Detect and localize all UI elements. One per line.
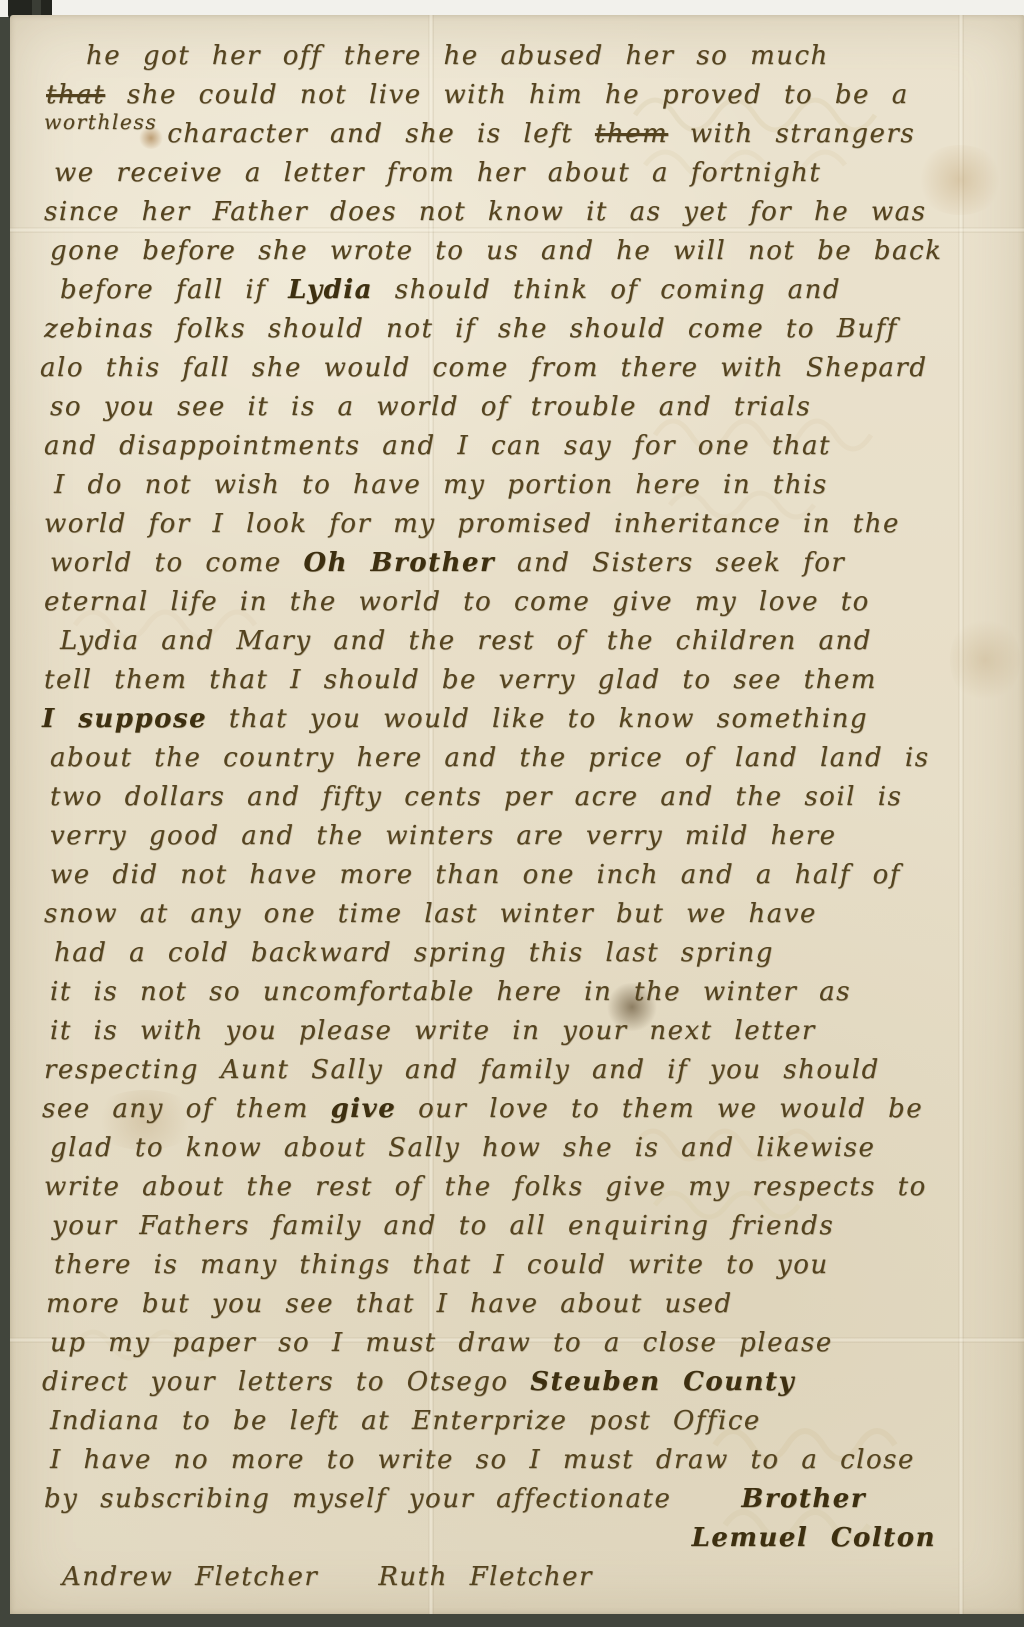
inserted-word: worthless bbox=[44, 103, 157, 142]
letter-phrase: gone before she wrote to us and he will … bbox=[50, 236, 942, 266]
letter-phrase: by subscribing myself your affectionate bbox=[44, 1484, 671, 1514]
letter-phrase: before fall if bbox=[60, 275, 288, 305]
letter-line: I do not wish to have my portion here in… bbox=[54, 466, 1006, 505]
letter-page: he got her off there he abused her so mu… bbox=[10, 15, 1024, 1614]
letter-phrase: Lydia and Mary and the rest of the child… bbox=[60, 626, 872, 656]
letter-line: he got her off there he abused her so mu… bbox=[86, 37, 1006, 76]
letter-line: that she could not live with him he prov… bbox=[46, 76, 1006, 115]
letter-phrase: verry good and the winters are verry mil… bbox=[50, 821, 837, 851]
letter-line: world for I look for my promised inherit… bbox=[44, 505, 1006, 544]
letter-phrase: see any of them bbox=[42, 1094, 331, 1124]
letter-phrase: Brother bbox=[741, 1484, 866, 1514]
letter-line: there is many things that I could write … bbox=[54, 1246, 1006, 1285]
letter-phrase: your Fathers family and to all enquiring… bbox=[52, 1211, 834, 1241]
letter-phrase: I suppose bbox=[42, 704, 207, 734]
letter-phrase: Lydia bbox=[288, 275, 373, 305]
letter-phrase: snow at any one time last winter but we … bbox=[44, 899, 817, 929]
letter-phrase: give bbox=[331, 1094, 397, 1124]
letter-line: zebinas folks should not if she should c… bbox=[44, 310, 1006, 349]
letter-line: eternal life in the world to come give m… bbox=[44, 583, 1006, 622]
letter-line: direct your letters to Otsego Steuben Co… bbox=[42, 1363, 1006, 1402]
letter-line: respecting Aunt Sally and family and if … bbox=[44, 1051, 1006, 1090]
letter-phrase: and Sisters seek for bbox=[495, 548, 845, 578]
letter-phrase: Lemuel Colton bbox=[692, 1523, 936, 1553]
letter-phrase: that you would like to know something bbox=[207, 704, 868, 734]
letter-line: it is with you please write in your next… bbox=[50, 1012, 1006, 1051]
signature-line: Lemuel Colton bbox=[68, 1519, 1006, 1558]
letter-line: I have no more to write so I must draw t… bbox=[50, 1441, 1006, 1480]
letter-phrase: with strangers bbox=[668, 119, 915, 149]
letter-phrase: it is not so uncomfortable here in the w… bbox=[50, 977, 851, 1007]
letter-line: since her Father does not know it as yet… bbox=[44, 193, 1006, 232]
letter-line: we receive a letter from her about a for… bbox=[54, 154, 1006, 193]
letter-phrase: I have no more to write so I must draw t… bbox=[50, 1445, 915, 1475]
letter-phrase: direct your letters to Otsego bbox=[42, 1367, 530, 1397]
letter-phrase: so you see it is a world of trouble and … bbox=[50, 392, 811, 422]
letter-phrase: world for I look for my promised inherit… bbox=[44, 509, 900, 539]
letter-line: so you see it is a world of trouble and … bbox=[50, 388, 1006, 427]
letter-line: it is not so uncomfortable here in the w… bbox=[50, 973, 1006, 1012]
letter-line: gone before she wrote to us and he will … bbox=[50, 232, 1006, 271]
letter-phrase: world to come bbox=[50, 548, 303, 578]
letter-line: Indiana to be left at Enterprize post Of… bbox=[50, 1402, 1006, 1441]
letter-phrase: two dollars and fifty cents per acre and… bbox=[50, 782, 902, 812]
letter-phrase: had a cold backward spring this last spr… bbox=[54, 938, 774, 968]
letter-phrase: and disappointments and I can say for on… bbox=[44, 431, 831, 461]
letter-line: worthlesscharacter and she is left them … bbox=[44, 115, 1006, 154]
letter-line: up my paper so I must draw to a close pl… bbox=[50, 1324, 1006, 1363]
letter-phrase: up my paper so I must draw to a close pl… bbox=[50, 1328, 833, 1358]
letter-line: your Fathers family and to all enquiring… bbox=[52, 1207, 1006, 1246]
letter-phrase: since her Father does not know it as yet… bbox=[44, 197, 926, 227]
letter-line: snow at any one time last winter but we … bbox=[44, 895, 1006, 934]
letter-phrase: Indiana to be left at Enterprize post Of… bbox=[50, 1406, 761, 1436]
letter-line: verry good and the winters are verry mil… bbox=[50, 817, 1006, 856]
letter-phrase: eternal life in the world to come give m… bbox=[44, 587, 870, 617]
letter-phrase: zebinas folks should not if she should c… bbox=[44, 314, 898, 344]
letter-phrase: Ruth Fletcher bbox=[378, 1562, 593, 1592]
letter-line: alo this fall she would come from there … bbox=[40, 349, 1006, 388]
letter-phrase: our love to them we would be bbox=[396, 1094, 923, 1124]
letter-phrase: glad to know about Sally how she is and … bbox=[50, 1133, 875, 1163]
letter-phrase: about the country here and the price of … bbox=[50, 743, 930, 773]
addressee-line: Andrew FletcherRuth Fletcher bbox=[62, 1558, 1006, 1597]
struck-through-word: them bbox=[595, 119, 668, 149]
scanned-letter: he got her off there he abused her so mu… bbox=[0, 0, 1024, 1627]
letter-line: about the country here and the price of … bbox=[50, 739, 1006, 778]
letter-line: and disappointments and I can say for on… bbox=[44, 427, 1006, 466]
letter-line: we did not have more than one inch and a… bbox=[50, 856, 1006, 895]
letter-phrase: he got her off there he abused her so mu… bbox=[86, 41, 829, 71]
letter-phrase: I do not wish to have my portion here in… bbox=[54, 470, 828, 500]
letter-line: two dollars and fifty cents per acre and… bbox=[50, 778, 1006, 817]
letter-phrase: should think of coming and bbox=[373, 275, 841, 305]
letter-phrase: Steuben County bbox=[530, 1367, 795, 1397]
letter-phrase: she could not live with him he proved to… bbox=[105, 80, 909, 110]
letter-phrase: alo this fall she would come from there … bbox=[40, 353, 927, 383]
letter-phrase: respecting Aunt Sally and family and if … bbox=[44, 1055, 880, 1085]
letter-phrase: character and she is left bbox=[167, 119, 595, 149]
letter-line: Lydia and Mary and the rest of the child… bbox=[60, 622, 1006, 661]
letter-line: before fall if Lydia should think of com… bbox=[60, 271, 1006, 310]
letter-phrase: write about the rest of the folks give m… bbox=[44, 1172, 927, 1202]
letter-phrase: Oh Brother bbox=[303, 548, 495, 578]
letter-line: more but you see that I have about used bbox=[46, 1285, 1006, 1324]
letter-line: had a cold backward spring this last spr… bbox=[54, 934, 1006, 973]
letter-phrase: more but you see that I have about used bbox=[46, 1289, 733, 1319]
letter-phrase: there is many things that I could write … bbox=[54, 1250, 829, 1280]
letter-line: by subscribing myself your affectionateB… bbox=[44, 1480, 1006, 1519]
letter-phrase: tell them that I should be verry glad to… bbox=[44, 665, 877, 695]
letter-line: write about the rest of the folks give m… bbox=[44, 1168, 1006, 1207]
letter-phrase: Andrew Fletcher bbox=[62, 1562, 318, 1592]
letter-line: I suppose that you would like to know so… bbox=[42, 700, 1006, 739]
letter-line: world to come Oh Brother and Sisters see… bbox=[50, 544, 1006, 583]
letter-phrase: it is with you please write in your next… bbox=[50, 1016, 816, 1046]
letter-phrase: we did not have more than one inch and a… bbox=[50, 860, 901, 890]
letter-phrase: we receive a letter from her about a for… bbox=[54, 158, 821, 188]
letter-text: he got her off there he abused her so mu… bbox=[10, 15, 1024, 1597]
letter-line: glad to know about Sally how she is and … bbox=[50, 1129, 1006, 1168]
letter-line: see any of them give our love to them we… bbox=[42, 1090, 1006, 1129]
letter-line: tell them that I should be verry glad to… bbox=[44, 661, 1006, 700]
